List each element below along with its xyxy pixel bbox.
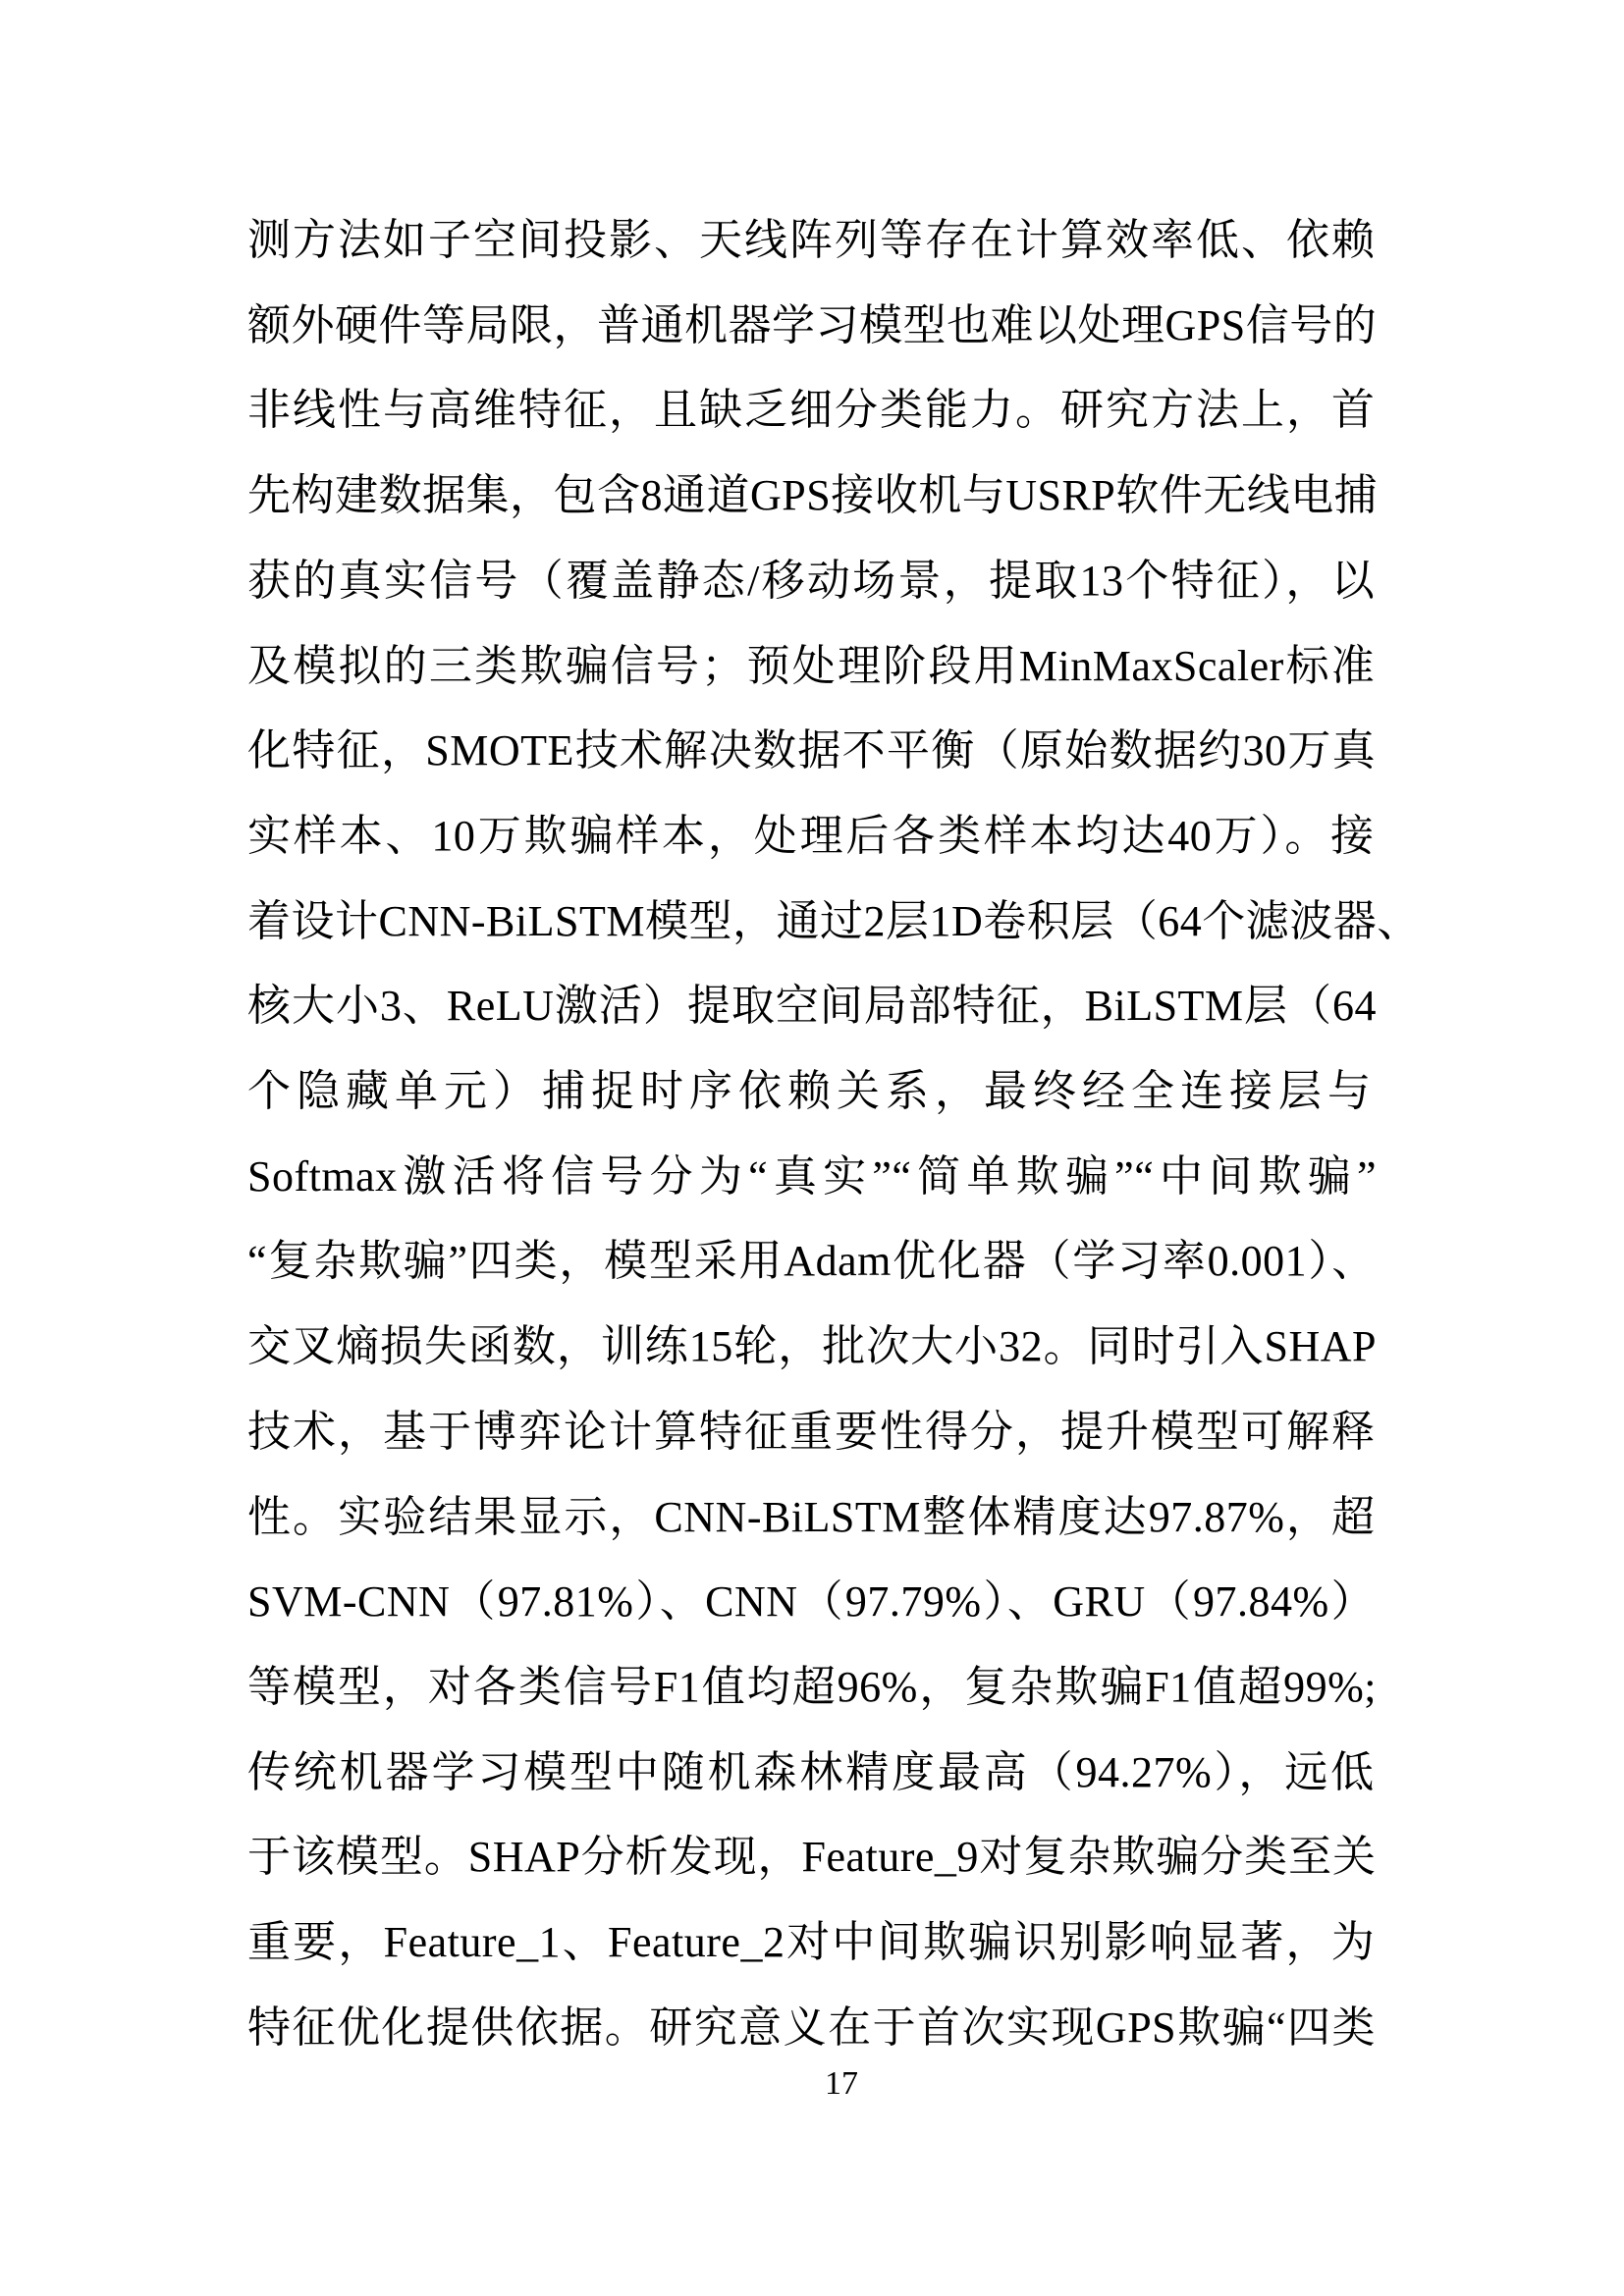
text-line: 于该模型。SHAP分析发现，Feature_9对复杂欺骗分类至关 [247, 1815, 1377, 1900]
text-line: 性。实验结果显示，CNN-BiLSTM整体精度达97.87%，超 [247, 1475, 1377, 1561]
text-line: 测方法如子空间投影、天线阵列等存在计算效率低、依赖 [247, 198, 1377, 284]
text-line: 交叉熵损失函数，训练15轮，批次大小32。同时引入SHAP [247, 1305, 1377, 1390]
text-line: 着设计CNN-BiLSTM模型，通过2层1D卷积层（64个滤波器、 [247, 880, 1377, 965]
text-line: 获的真实信号（覆盖静态/移动场景，提取13个特征），以 [247, 539, 1377, 624]
text-line: 技术，基于博弈论计算特征重要性得分，提升模型可解释 [247, 1390, 1377, 1475]
text-line: 及模拟的三类欺骗信号；预处理阶段用MinMaxScaler标准 [247, 624, 1377, 710]
text-line: 核大小3、ReLU激活）提取空间局部特征，BiLSTM层（64 [247, 964, 1377, 1049]
paragraph-block: 测方法如子空间投影、天线阵列等存在计算效率低、依赖 额外硬件等局限，普通机器学习… [247, 198, 1377, 2070]
text-line: 非线性与高维特征，且缺乏细分类能力。研究方法上，首 [247, 368, 1377, 454]
page-number: 17 [825, 2067, 858, 2101]
text-line: 传统机器学习模型中随机森林精度最高（94.27%），远低 [247, 1731, 1377, 1816]
text-line: 额外硬件等局限，普通机器学习模型也难以处理GPS信号的 [247, 284, 1377, 369]
text-line: 先构建数据集，包含8通道GPS接收机与USRP软件无线电捕 [247, 454, 1377, 539]
document-page: 测方法如子空间投影、天线阵列等存在计算效率低、依赖 额外硬件等局限，普通机器学习… [0, 0, 1624, 2296]
text-line: 重要，Feature_1、Feature_2对中间欺骗识别影响显著，为 [247, 1900, 1377, 1986]
text-line: Softmax激活将信号分为“真实”“简单欺骗”“中间欺骗” [247, 1135, 1377, 1220]
text-line: 个隐藏单元）捕捉时序依赖关系，最终经全连接层与 [247, 1049, 1377, 1135]
text-line: 特征优化提供依据。研究意义在于首次实现GPS欺骗“四类 [247, 1986, 1377, 2071]
text-line: 实样本、10万欺骗样本，处理后各类样本均达40万）。接 [247, 794, 1377, 880]
text-line: SVM-CNN（97.81%）、CNN（97.79%）、GRU（97.84%） [247, 1560, 1377, 1645]
text-line: 等模型，对各类信号F1值均超96%，复杂欺骗F1值超99%; [247, 1645, 1377, 1731]
text-line: “复杂欺骗”四类，模型采用Adam优化器（学习率0.001）、 [247, 1219, 1377, 1305]
text-line: 化特征，SMOTE技术解决数据不平衡（原始数据约30万真 [247, 709, 1377, 794]
